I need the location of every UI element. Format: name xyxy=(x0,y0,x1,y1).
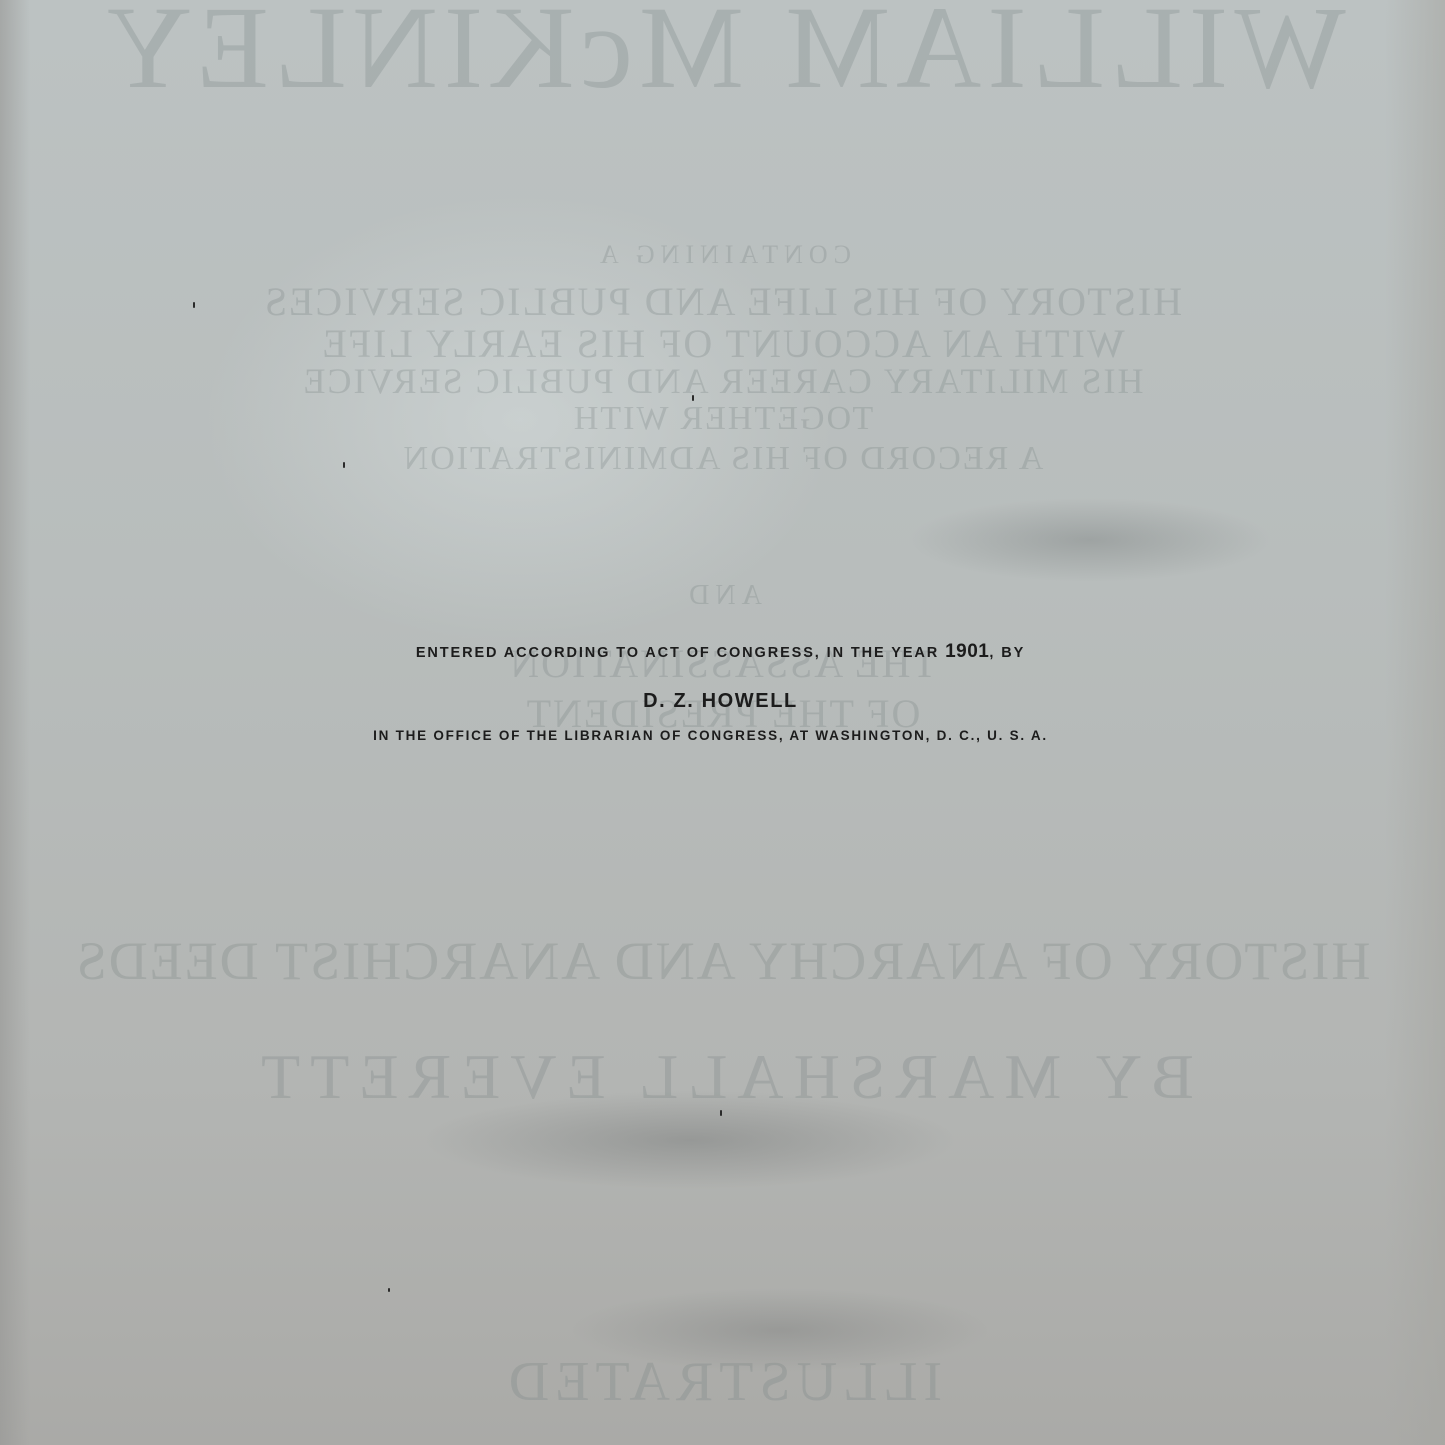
copyright-entry-line: Entered according to Act of Congress, in… xyxy=(0,641,1443,663)
copyright-entry-suffix: , by xyxy=(989,645,1025,661)
page-right-shadow xyxy=(1385,0,1445,1445)
show-through-line: WILLIAM McKINLEY xyxy=(0,0,1445,116)
show-through-line: WITH AN ACCOUNT OF HIS EARLY LIFE xyxy=(0,320,1445,367)
show-through-line: TOGETHER WITH xyxy=(0,400,1445,438)
show-through-line: AND xyxy=(0,580,1445,612)
page-left-shadow xyxy=(0,0,30,1445)
book-page: WILLIAM McKINLEY CONTAINING A HISTORY OF… xyxy=(0,0,1445,1445)
paper-speck xyxy=(343,462,345,468)
copyright-entry-prefix: Entered according to Act of Congress, in… xyxy=(416,645,939,661)
show-through-line: BY MARSHALL EVERETT xyxy=(0,1040,1445,1114)
show-through-text: WILLIAM McKINLEY CONTAINING A HISTORY OF… xyxy=(0,0,1445,1445)
show-through-line: HIS MILITARY CAREER AND PUBLIC SERVICE xyxy=(0,360,1445,402)
paper-speck xyxy=(388,1288,390,1292)
show-through-line: HISTORY OF HIS LIFE AND PUBLIC SERVICES xyxy=(0,278,1445,325)
copyright-office-line: In the office of the Librarian of Congre… xyxy=(0,728,1433,743)
paper-speck xyxy=(720,1110,722,1116)
copyright-year: 1901 xyxy=(945,641,989,662)
paper-speck xyxy=(692,395,694,401)
show-through-line: CONTAINING A xyxy=(0,240,1445,270)
show-through-line: ILLUSTRATED xyxy=(0,1350,1445,1414)
copyright-holder: D. Z. Howell xyxy=(0,690,1443,713)
paper-speck xyxy=(193,302,195,308)
show-through-line: A RECORD OF HIS ADMINISTRATION xyxy=(0,440,1445,478)
show-through-line: HISTORY OF ANARCHY AND ANARCHIST DEEDS xyxy=(0,930,1445,992)
